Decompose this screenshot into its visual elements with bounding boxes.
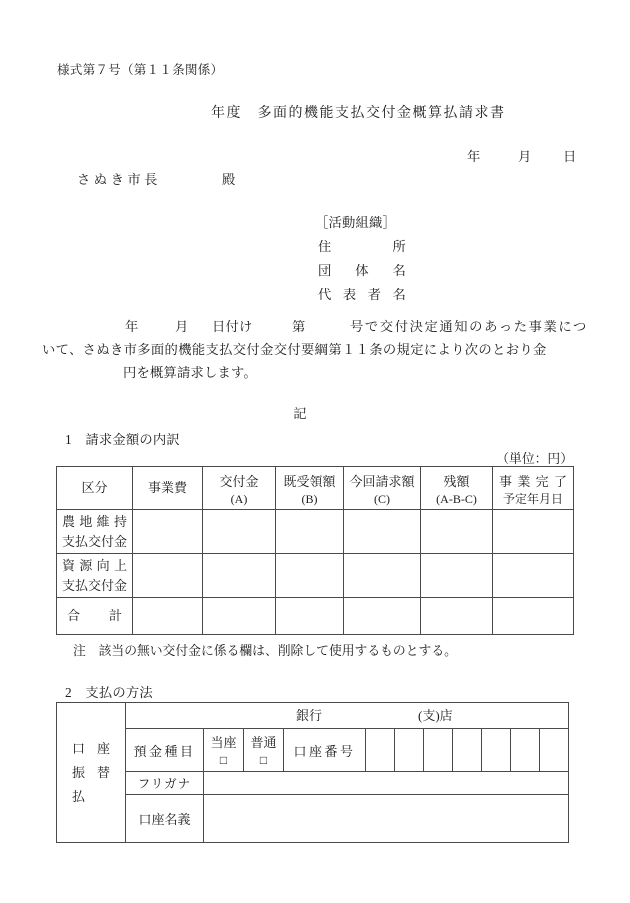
applicant-address-label: 住所 [318,235,406,259]
date-year-label: 年 [467,146,481,165]
table-row-resource: 資源向上 支払交付金 [57,554,574,598]
document-page: 様式第７号（第１１条関係） 年度 多面的機能支払交付金概算払請求書 年 月 日 … [0,0,630,903]
empty-cell [344,554,421,598]
payer-label-line2: 振替払 [57,761,125,809]
applicant-representative-label: 代表者名 [318,283,406,307]
bank-name-cell: 銀行 (支)店 [126,703,569,729]
empty-cell [203,598,276,635]
note-text: 注 該当の無い交付金に係る欄は、削除して使用するものとする。 [73,640,457,659]
empty-cell [276,510,344,554]
payer-label-cell: 口座 振替払 [57,703,126,843]
deposit-type-label: 預金種目 [126,729,204,772]
date-line: 年 月 日 [0,146,630,164]
bank-label: 銀行 [296,704,322,728]
branch-label: (支)店 [418,704,453,728]
date-day-label: 日 [563,146,577,165]
header-current-request-c: 今回請求額(C) [344,467,421,510]
account-digit-cell [540,729,569,772]
ordinary-label: 普通 [244,731,283,752]
furigana-label: フリガナ [126,772,204,795]
row-label-resource: 資源向上 支払交付金 [57,554,133,598]
header-grant-a: 交付金(A) [203,467,276,510]
breakdown-header-row: 区分 事業費 交付金(A) 既受領額(B) 今回請求額(C) 残額(A-B-C)… [57,467,574,510]
empty-cell [276,554,344,598]
breakdown-table: 区分 事業費 交付金(A) 既受領額(B) 今回請求額(C) 残額(A-B-C)… [56,466,574,635]
empty-cell [421,510,493,554]
account-digit-cell [453,729,482,772]
empty-cell [133,510,203,554]
empty-cell [133,598,203,635]
table-row-farmland: 農地維持 支払交付金 [57,510,574,554]
header-category: 区分 [57,467,133,510]
empty-cell [493,598,574,635]
row-label-farmland: 農地維持 支払交付金 [57,510,133,554]
addressee-honorific: 殿 [222,169,236,188]
body-date-label: 日付け [212,316,253,335]
header-completion-date: 事業完了予定年月日 [493,467,574,510]
account-name-fill-cell [204,795,569,843]
document-title: 年度 多面的機能支払交付金概算払請求書 [211,102,506,122]
header-received-b: 既受領額(B) [276,467,344,510]
ordinary-checkbox-cell: 普通 □ [244,729,284,772]
body-year-label: 年 [125,316,139,335]
empty-cell [203,554,276,598]
account-digit-cell [366,729,395,772]
empty-cell [421,554,493,598]
checkbox-square: □ [244,752,283,769]
body-month-label: 月 [175,316,189,335]
empty-cell [344,598,421,635]
row-label-total: 合計 [57,598,133,635]
empty-cell [276,598,344,635]
empty-cell [421,598,493,635]
header-balance: 残額(A-B-C) [421,467,493,510]
payment-table: 口座 振替払 銀行 (支)店 預金種目 当座 □ 普通 □ 口座番号 [56,702,569,843]
addressee-name: さぬき市長 [77,169,161,188]
addressee-line: さぬき市長 殿 [0,169,630,187]
applicant-block: ［活動組織］ 住所 団体名 代表者名 [315,211,410,307]
checking-checkbox-cell: 当座 □ [204,729,244,772]
header-project-cost: 事業費 [133,467,203,510]
date-month-label: 月 [518,146,532,165]
table-row-total: 合計 [57,598,574,635]
empty-cell [493,510,574,554]
account-name-row: 口座名義 [57,795,569,843]
body-number-prefix: 第 [292,316,306,335]
body-notice-text: 号で交付決定通知のあった事業につ [350,316,588,335]
applicant-header: ［活動組織］ [315,211,410,235]
bank-row: 口座 振替払 銀行 (支)店 [57,703,569,729]
empty-cell [344,510,421,554]
checking-label: 当座 [204,731,243,752]
body-line-1: 年 月 日付け 第 号で交付決定通知のあった事業につ [0,316,630,334]
empty-cell [493,554,574,598]
section1-heading: 1 請求金額の内訳 [65,429,180,448]
empty-cell [203,510,276,554]
account-digit-cell [482,729,511,772]
account-number-label: 口座番号 [284,729,366,772]
form-number: 様式第７号（第１１条関係） [57,59,223,78]
ki-heading: 記 [0,403,600,422]
payer-label-line1: 口座 [57,737,125,761]
account-name-label: 口座名義 [126,795,204,843]
checkbox-square: □ [204,752,243,769]
furigana-fill-cell [204,772,569,795]
furigana-row: フリガナ [57,772,569,795]
empty-cell [133,554,203,598]
body-line-3: 円を概算請求します。 [123,362,257,381]
account-digit-cell [395,729,424,772]
deposit-type-row: 預金種目 当座 □ 普通 □ 口座番号 [57,729,569,772]
body-line-2: いて、さぬき市多面的機能支払交付金交付要綱第１１条の規定により次のとおり金 [42,339,547,358]
section2-heading: 2 支払の方法 [65,682,153,701]
account-digit-cell [424,729,453,772]
applicant-org-label: 団体名 [318,259,406,283]
unit-label: （単位：円） [0,448,573,467]
account-digit-cell [511,729,540,772]
